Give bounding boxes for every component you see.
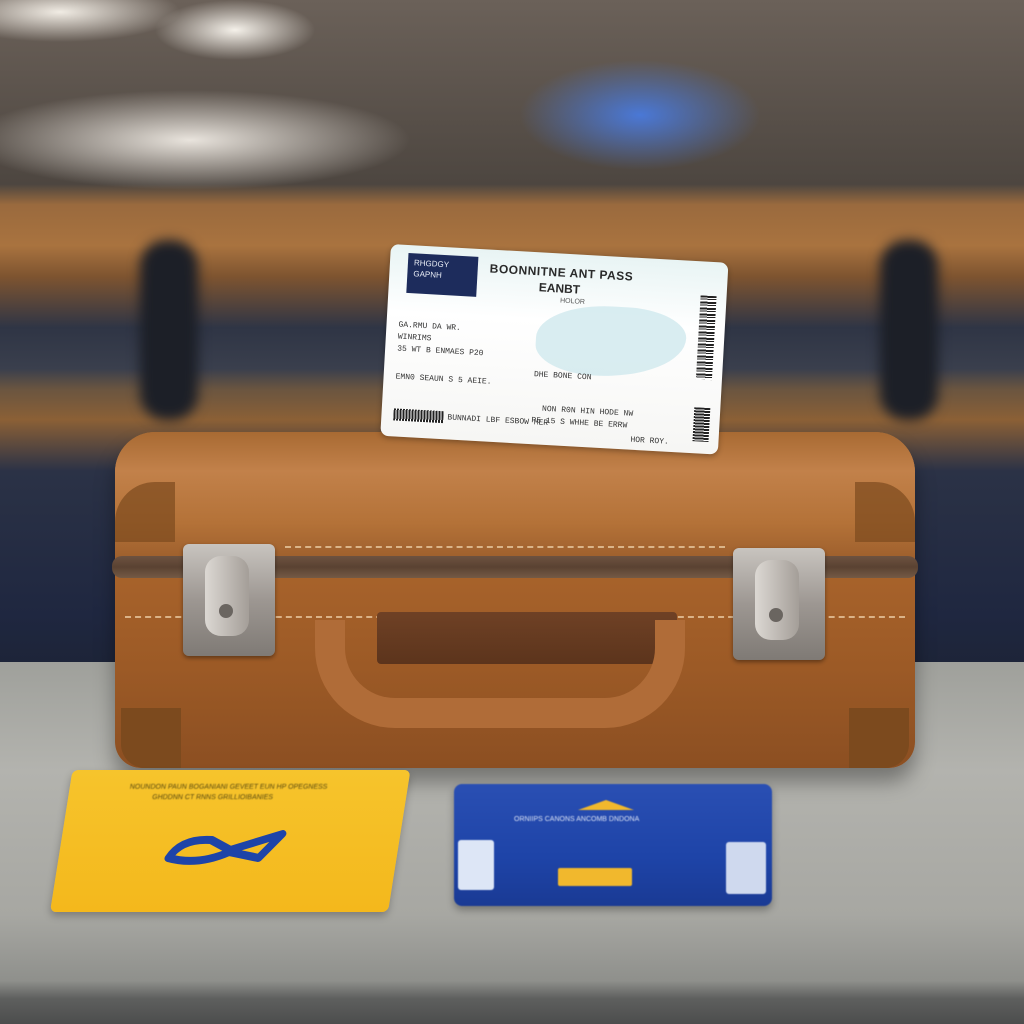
- pass-row: 35 WT B ENMAES P20: [397, 345, 484, 359]
- pass-small-label: HOLOR: [560, 298, 585, 306]
- suitcase-handle: [315, 620, 685, 728]
- yellow-card: NOUNDON PAUN BOGANIANI GEVEET EUN HP OPE…: [50, 770, 410, 912]
- left-latch: [183, 544, 275, 656]
- card-panel: [458, 840, 494, 890]
- card-text: ORNIIPS CANONS ANCOMB DNDONA: [514, 816, 639, 823]
- pass-title: BOONNITNE ANT PASS: [489, 262, 633, 284]
- barcode: [692, 407, 710, 442]
- pass-row: P5 15 S WHHE BE ERRW: [531, 416, 627, 430]
- logo-triangle-icon: [578, 800, 634, 810]
- boarding-pass: RHGDGY GAPNH BOONNITNE ANT PASS EANBT HO…: [380, 244, 728, 455]
- airline-logo: RHGDGY GAPNH: [406, 253, 478, 297]
- blue-card: ORNIIPS CANONS ANCOMB DNDONA: [454, 784, 772, 906]
- logo-swoosh-icon: [157, 828, 303, 868]
- barcode: [696, 295, 717, 380]
- pass-row: GA.RMU DA WR.: [398, 321, 461, 333]
- card-text: NOUNDON PAUN BOGANIANI GEVEET EUN HP OPE…: [129, 784, 328, 791]
- stitching: [285, 546, 725, 548]
- barcode: [393, 408, 444, 423]
- pass-row: WINRIMS: [398, 333, 432, 344]
- card-stripe: [558, 868, 632, 886]
- card-panel: [726, 842, 766, 894]
- brown-suitcase: [115, 432, 915, 768]
- pass-row: EMN0 SEAUN S 5 AEIE.: [395, 372, 491, 386]
- suitcase-lid: [115, 432, 915, 562]
- blurred-stanchion: [880, 240, 938, 420]
- pass-row: HOR ROY.: [630, 436, 669, 447]
- card-text: GHDDNN CT RNNS GRILLIOIBANIES: [152, 794, 274, 801]
- map-graphic: [534, 302, 688, 380]
- pass-row: DHE BONE CON: [534, 370, 592, 382]
- pass-subtitle: EANBT: [538, 280, 580, 296]
- leather-corner: [121, 708, 181, 768]
- leather-corner: [849, 708, 909, 768]
- blurred-stanchion: [140, 240, 198, 420]
- right-latch: [733, 548, 825, 660]
